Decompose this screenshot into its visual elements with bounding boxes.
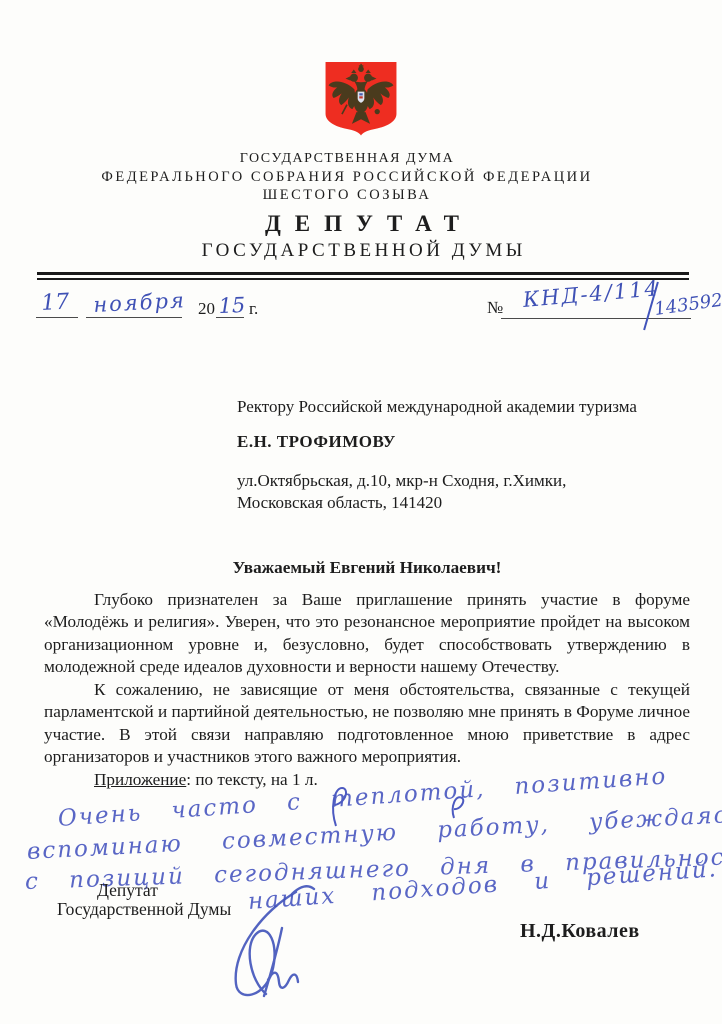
org-name-line1: ГОСУДАРСТВЕННАЯ ДУМА: [0, 150, 694, 168]
year-prefix: 20: [198, 299, 215, 319]
double-rule: [37, 272, 689, 280]
handwritten-month: ноября: [93, 288, 187, 317]
salutation: Уважаемый Евгений Николаевич!: [44, 557, 690, 580]
attachment-label: Приложение: [94, 770, 186, 789]
recipient-address-line2: Московская область, 141420: [237, 492, 677, 514]
year-suffix: г.: [249, 299, 258, 319]
number-sign: №: [487, 298, 503, 318]
month-underline: [86, 317, 182, 318]
paragraph-1: Глубоко признателен за Ваше приглашение …: [44, 589, 690, 679]
letterhead-title: ДЕПУТАТ ГОСУДАРСТВЕННОЙ ДУМЫ: [0, 211, 722, 262]
deputy-title: ДЕПУТАТ: [0, 211, 722, 237]
recipient-name: Е.Н. ТРОФИМОВУ: [237, 431, 677, 453]
attachment-text: : по тексту, на 1 л.: [186, 770, 318, 789]
day-underline: [36, 317, 78, 318]
letter-page: ГОСУДАРСТВЕННАЯ ДУМА ФЕДЕРАЛЬНОГО СОБРАН…: [0, 0, 722, 1024]
recipient-position: Ректору Российской международной академи…: [237, 396, 677, 418]
org-name-line3: ШЕСТОГО СОЗЫВА: [0, 186, 694, 205]
letterhead: ГОСУДАРСТВЕННАЯ ДУМА ФЕДЕРАЛЬНОГО СОБРАН…: [0, 150, 694, 205]
signer-position-line1: Депутат: [97, 880, 158, 901]
handwritten-number-part1: КНД-4/114: [522, 276, 661, 312]
recipient-block: Ректору Российской международной академи…: [237, 396, 677, 514]
russian-coat-of-arms-icon: [323, 60, 399, 137]
signature-scribble: [200, 878, 370, 1013]
handwritten-year: 15: [218, 293, 246, 318]
org-name-line2: ФЕДЕРАЛЬНОГО СОБРАНИЯ РОССИЙСКОЙ ФЕДЕРАЦ…: [0, 168, 694, 187]
handwritten-day: 17: [41, 290, 70, 316]
signer-name: Н.Д.Ковалев: [520, 920, 640, 943]
paragraph-2: К сожалению, не зависящие от меня обстоя…: [44, 679, 690, 769]
year-underline: [216, 317, 244, 318]
letter-body: Уважаемый Евгений Николаевич! Глубоко пр…: [44, 557, 690, 791]
deputy-subtitle: ГОСУДАРСТВЕННОЙ ДУМЫ: [0, 240, 722, 262]
recipient-address-line1: ул.Октябрьская, д.10, мкр-н Сходня, г.Хи…: [237, 470, 677, 492]
handwritten-number-part2: 143592: [653, 290, 722, 320]
